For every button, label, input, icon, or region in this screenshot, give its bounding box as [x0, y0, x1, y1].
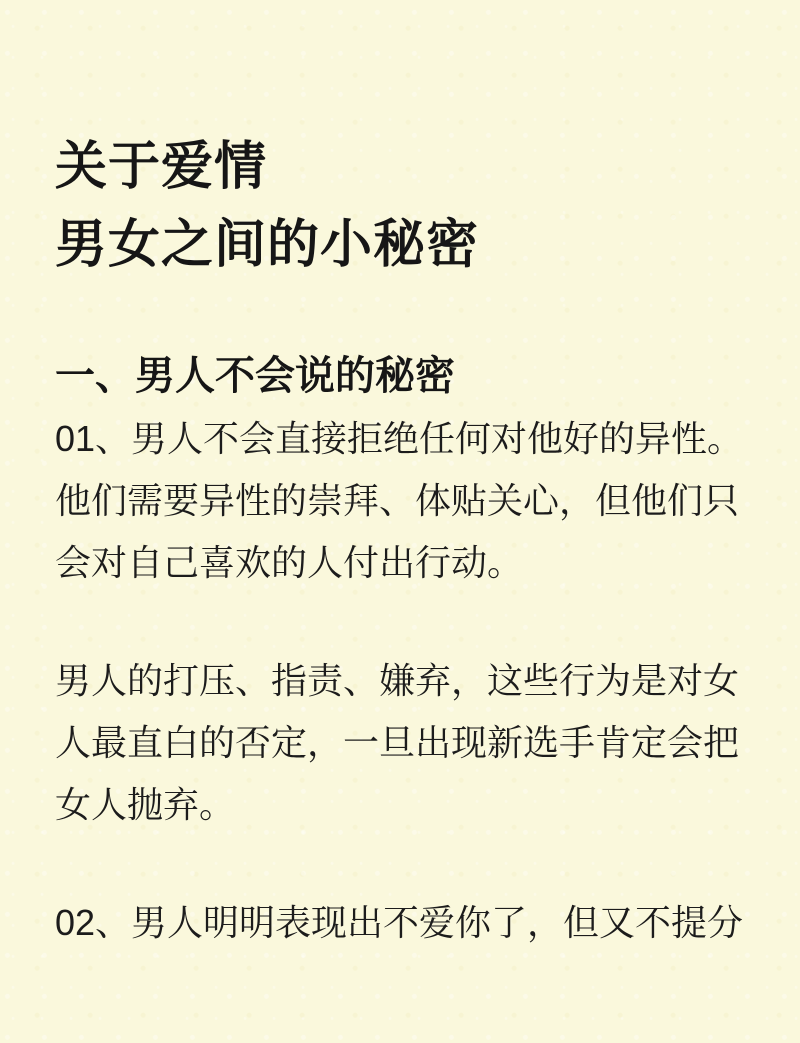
poster-page: 关于爱情 男女之间的小秘密 一、男人不会说的秘密 01、男人不会直接拒绝任何对他… [0, 0, 800, 1043]
paragraph-secret-01: 01、男人不会直接拒绝任何对他好的异性。 他们需要异性的崇拜、体贴关心，但他们只… [55, 408, 752, 594]
page-title: 关于爱情 男女之间的小秘密 [55, 128, 752, 284]
paragraph-secret-02: 02、男人明明表现出不爱你了，但又不提分 [55, 892, 752, 954]
section-heading: 一、男人不会说的秘密 [55, 348, 752, 404]
paragraph-secret-01-continued: 男人的打压、指责、嫌弃，这些行为是对女 人最直白的否定，一旦出现新选手肯定会把 … [55, 650, 752, 836]
